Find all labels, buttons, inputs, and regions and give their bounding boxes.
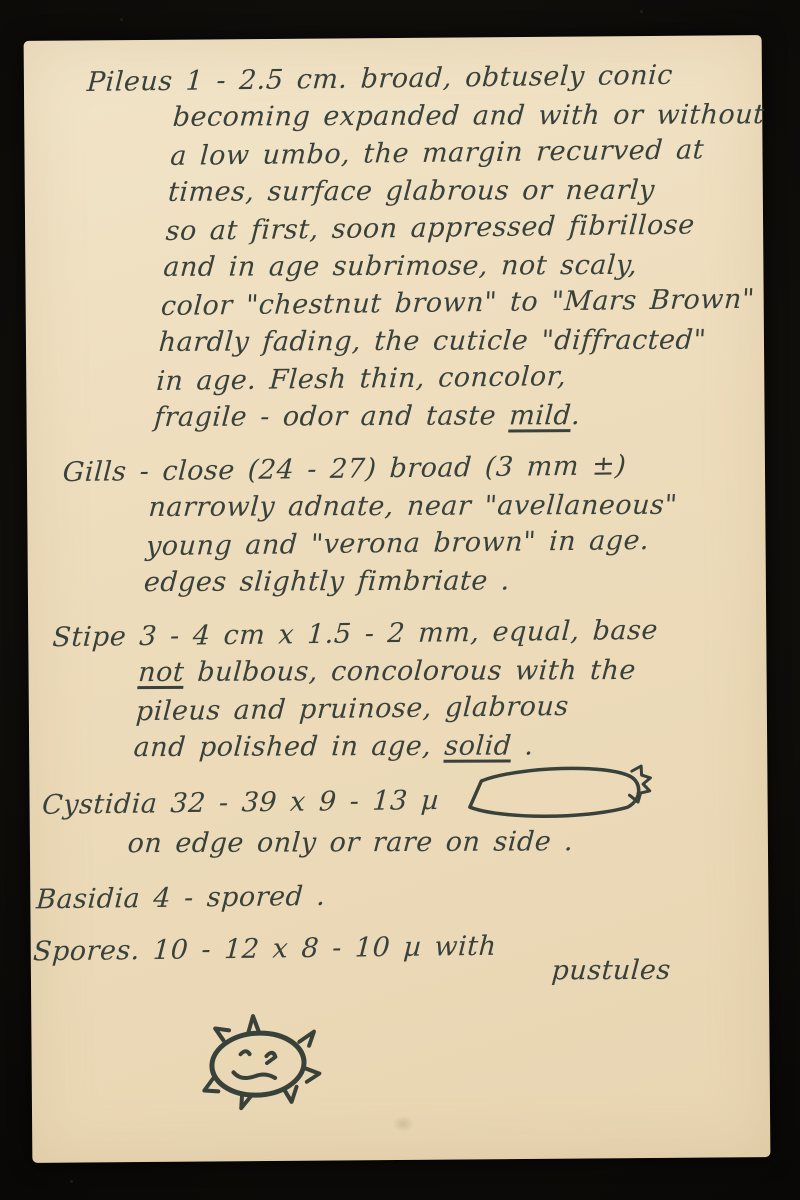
dust-speck — [70, 1180, 73, 1183]
note-line: Gills - close (24 - 27) broad (3 mm ±) — [62, 446, 768, 492]
note-word: in age. Flesh thin, concolor, — [155, 361, 567, 397]
note-line: color "chestnut brown" to "Mars Brown" — [72, 280, 778, 326]
note-line: on edge only or rare on side . — [38, 823, 744, 864]
dust-speck — [120, 18, 123, 21]
photo-background: { "page": { "background_color": "#100e0b… — [0, 0, 800, 1200]
section-pileus: Pileus 1 - 2.5 cm. broad, obtusely conic… — [65, 57, 792, 438]
note-line: Cystidia 32 - 39 x 9 - 13 µ — [41, 776, 748, 829]
nodulose-spore-doodle — [191, 1006, 334, 1115]
section-spores: Spores. 10 - 12 x 8 - 10 µ withpustules — [31, 926, 739, 993]
note-line: pileus and pruinose, glabrous — [47, 686, 753, 732]
note-word: narrowly adnate, near "avellaneous" — [148, 489, 679, 522]
note-word: and in age subrimose, not scaly, — [162, 249, 638, 282]
note-line: fragile - odor and taste mild. — [65, 396, 771, 437]
spore-doodle-area — [190, 1002, 733, 1125]
note-word: pileus and pruinose, glabrous — [135, 691, 570, 727]
note-word: so at first, soon appressed fibrillose — [165, 209, 696, 246]
note-line: times, surface glabrous or nearly — [79, 171, 785, 212]
section-stipe: Stipe 3 - 4 cm x 1.5 - 2 mm, equal, base… — [44, 612, 757, 768]
note-line: not bulbous, concolorous with the — [49, 651, 755, 692]
note-line: so at first, soon appressed fibrillose — [77, 205, 783, 251]
underlined-word: mild — [508, 400, 572, 431]
note-line: Basidia 4 - spored . — [35, 872, 741, 918]
note-line: and in age subrimose, not scaly, — [74, 246, 780, 287]
note-word: Gills - close (24 - 27) broad (3 mm ±) — [62, 450, 627, 488]
note-word: . — [511, 730, 535, 761]
note-word: bulbous, concolorous with the — [183, 654, 637, 687]
note-word: Pileus 1 - 2.5 cm. broad, obtusely conic — [86, 60, 674, 98]
note-word: becoming expanded and with or without — [172, 99, 766, 133]
note-line: edges slightly fimbriate . — [55, 561, 761, 602]
note-line: Pileus 1 - 2.5 cm. broad, obtusely conic — [86, 55, 792, 101]
note-word: pustules — [551, 954, 672, 986]
note-line: becoming expanded and with or without — [84, 96, 790, 137]
note-line: pustules — [31, 951, 737, 992]
note-line: in age. Flesh thin, concolor, — [67, 355, 773, 401]
section-cystidia: Cystidia 32 - 39 x 9 - 13 µ on edge only… — [38, 777, 747, 864]
note-line: narrowly adnate, near "avellaneous" — [59, 486, 765, 527]
note-line: a low umbo, the margin recurved at — [81, 130, 787, 176]
note-word: Cystidia 32 - 39 x 9 - 13 µ — [41, 785, 440, 821]
note-line: Stipe 3 - 4 cm x 1.5 - 2 mm, equal, base — [51, 611, 757, 657]
section-gills: Gills - close (24 - 27) broad (3 mm ±)na… — [55, 447, 768, 603]
note-line: hardly fading, the cuticle "diffracted" — [70, 321, 776, 362]
note-word: a low umbo, the margin recurved at — [169, 134, 705, 172]
cystidium-sketch — [457, 759, 666, 824]
note-card: Pileus 1 - 2.5 cm. broad, obtusely conic… — [24, 35, 771, 1163]
note-word: edges slightly fimbriate . — [143, 565, 511, 598]
note-line: young and "verona brown" in age. — [57, 521, 763, 567]
note-word: on edge only or rare on side . — [127, 826, 575, 859]
note-word: times, surface glabrous or nearly — [167, 174, 656, 207]
dust-speck — [640, 10, 643, 13]
note-word: . — [570, 400, 581, 431]
note-word: hardly fading, the cuticle "diffracted" — [158, 324, 707, 357]
underlined-word: not — [137, 656, 185, 687]
note-text: Pileus 1 - 2.5 cm. broad, obtusely conic… — [20, 57, 792, 1163]
underlined-word: solid — [444, 730, 513, 761]
note-word: young and "verona brown" in age. — [145, 525, 650, 562]
note-word: fragile - odor and taste — [153, 400, 510, 433]
note-word: and polished in age, — [133, 730, 446, 762]
note-word: Basidia 4 - spored . — [35, 880, 326, 915]
note-word: Stipe 3 - 4 cm x 1.5 - 2 mm, equal, base — [52, 615, 659, 653]
section-basidia: Basidia 4 - spored . — [35, 874, 741, 917]
note-word: color "chestnut brown" to "Mars Brown" — [160, 284, 756, 322]
